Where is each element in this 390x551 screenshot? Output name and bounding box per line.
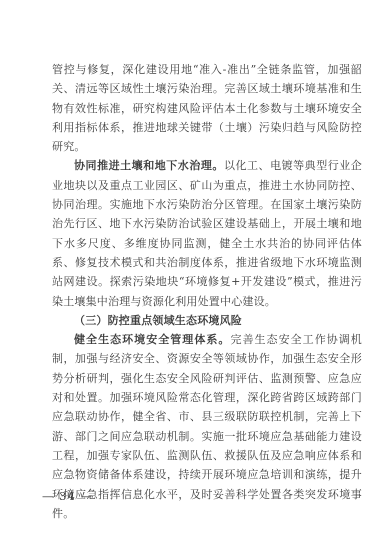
paragraph-groundwater: 协同推进土壤和地下水治理。以化工、电镀等典型行业企业地块以及重点工业园区、矿山为… [52,156,362,310]
paragraph-text: 以化工、电镀等典型行业企业地块以及重点工业园区、矿山为重点，推进土水协同防控、协… [52,159,362,307]
page-number: — 34 — [42,489,93,503]
section-heading: （三）防控重点领域生态环境风险 [52,311,362,330]
paragraph-lead: 协同推进土壤和地下水治理。 [74,159,224,172]
paragraph-lead: 健全生态环境安全管理体系。 [74,333,230,346]
paragraph-soil-remediation: 管控与修复，深化建设用地“准入-准出”全链条监管，加强韶关、清远等区域性土壤污染… [52,60,362,156]
paragraph-text: 完善生态安全工作协调机制，加强与经济安全、资源安全等领域协作，加强生态安全形势分… [52,333,362,520]
paragraph-eco-security: 健全生态环境安全管理体系。完善生态安全工作协调机制，加强与经济安全、资源安全等领… [52,330,362,523]
document-body: 管控与修复，深化建设用地“准入-准出”全链条监管，加强韶关、清远等区域性土壤污染… [52,60,362,523]
paragraph-text: 管控与修复，深化建设用地“准入-准出”全链条监管，加强韶关、清远等区域性土壤污染… [52,63,362,153]
section-heading-text: （三）防控重点领域生态环境风险 [74,314,242,327]
document-page: 管控与修复，深化建设用地“准入-准出”全链条监管，加强韶关、清远等区域性土壤污染… [0,0,390,551]
